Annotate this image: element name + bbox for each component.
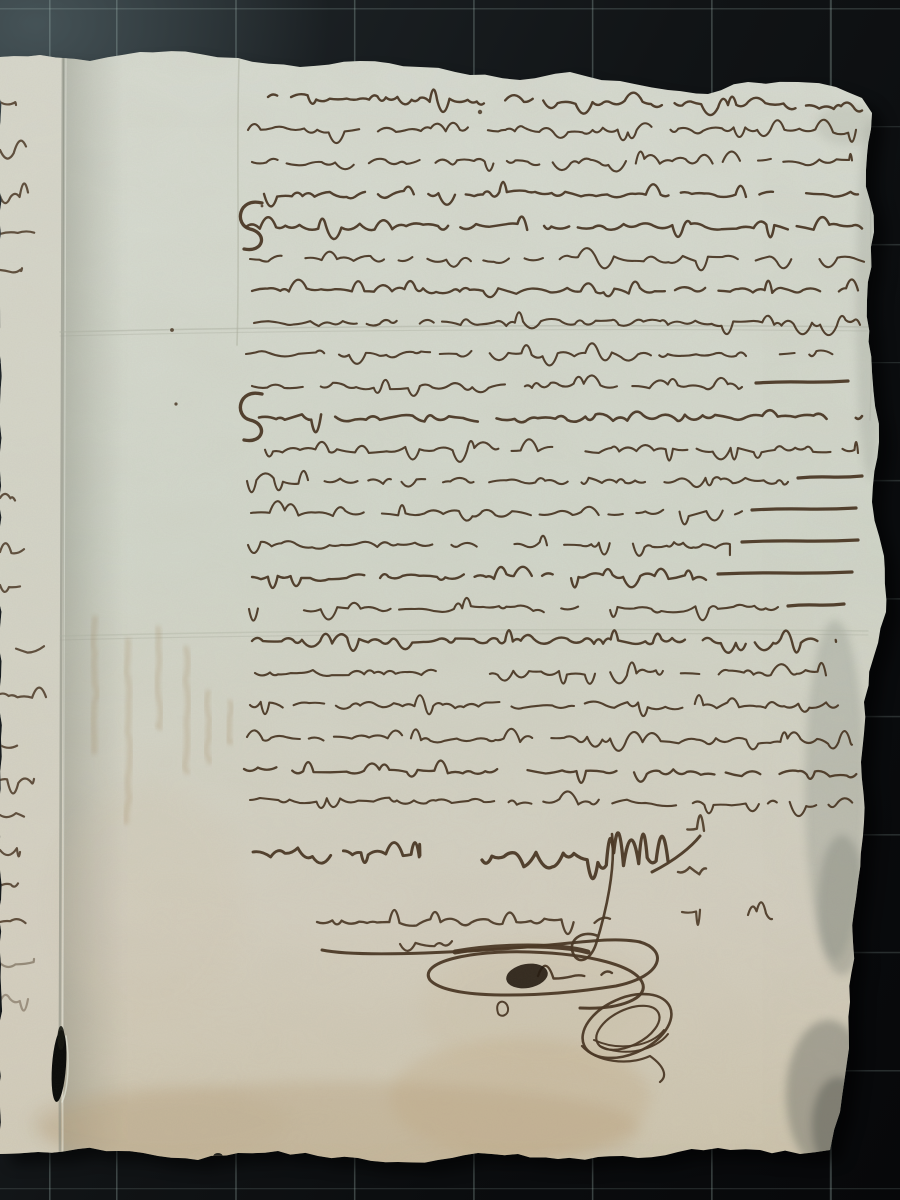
manuscript-document-photo bbox=[0, 0, 900, 1200]
manuscript-photo-scene bbox=[0, 0, 900, 1200]
paper-surface-layers bbox=[0, 40, 900, 1200]
